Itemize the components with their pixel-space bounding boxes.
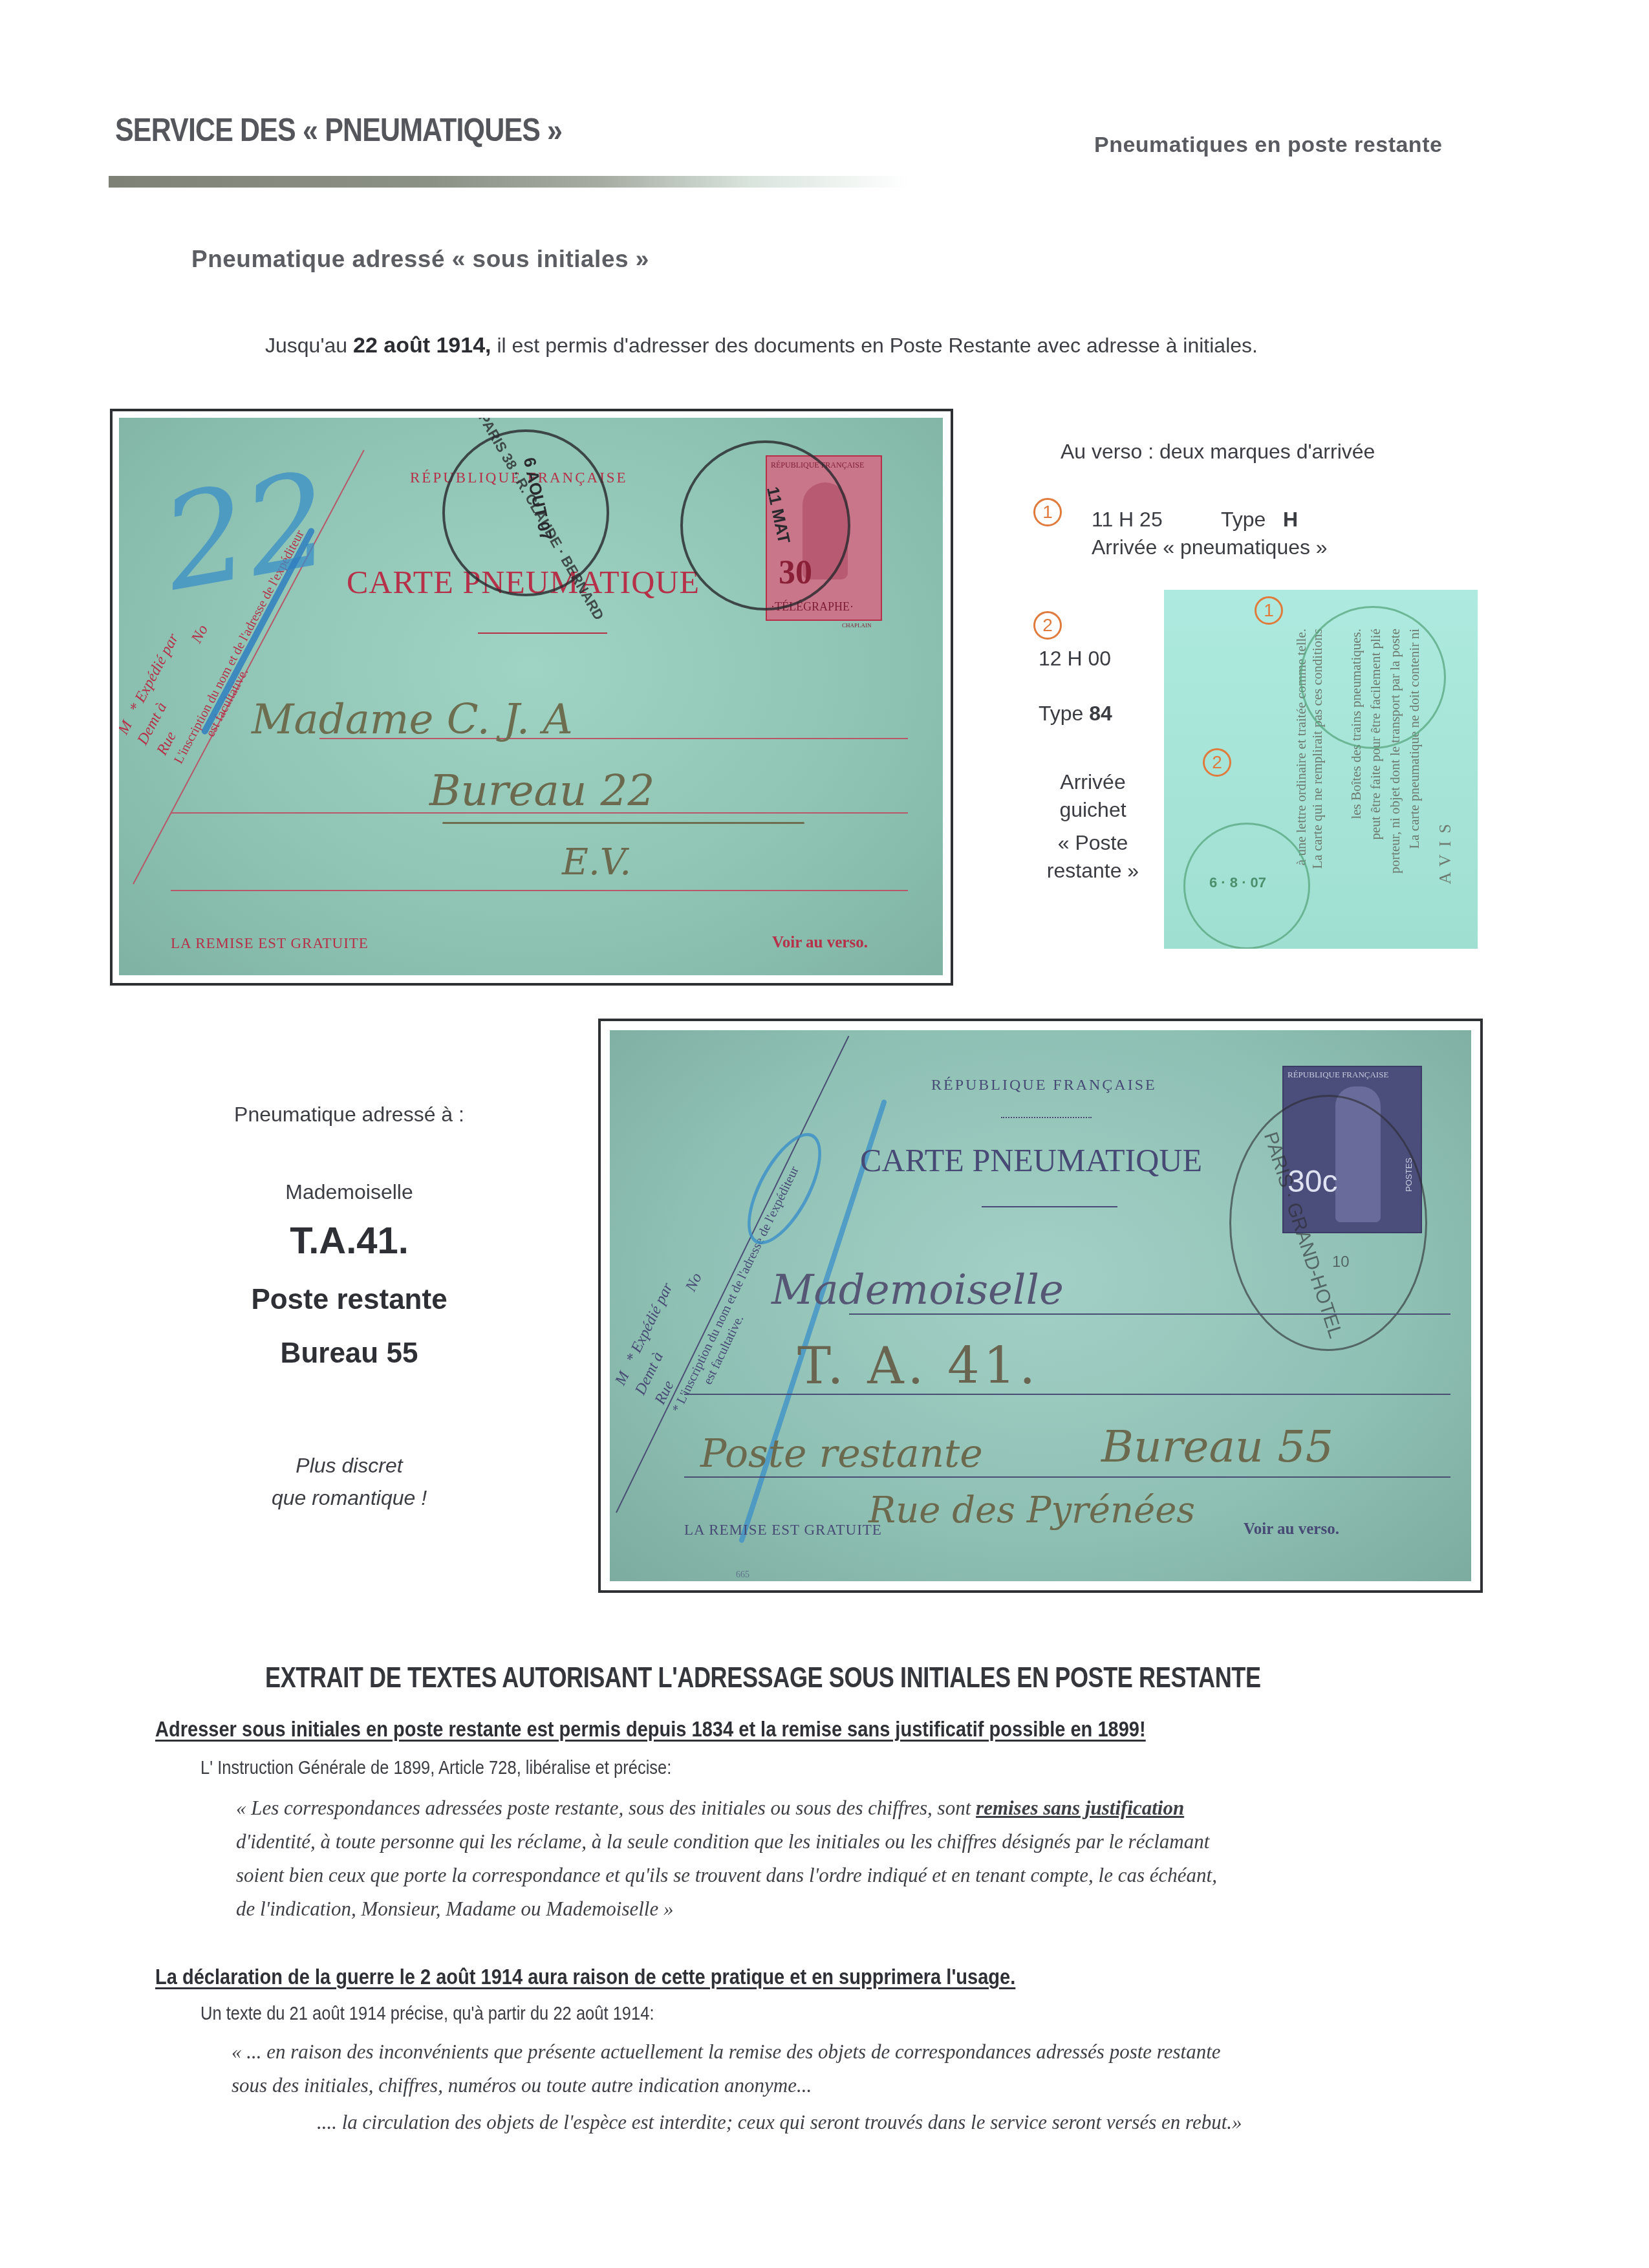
page-subtitle: Pneumatique adressé « sous initiales » (191, 246, 649, 273)
page-section-title: Pneumatiques en poste restante (1094, 133, 1442, 158)
verso-cancel-1 (1300, 606, 1446, 749)
page-header-title: SERVICE DES « PNEUMATIQUES » (115, 111, 562, 149)
intro-date: 22 août 1914, (353, 333, 491, 358)
strip-no: No (682, 1271, 706, 1295)
address-line-3 (171, 890, 908, 891)
extract-title: EXTRAIT DE TEXTES AUTORISANT L'ADRESSAGE… (265, 1662, 1261, 1694)
carte-pneumatique-title: CARTE PNEUMATIQUE (860, 1141, 1202, 1179)
title-wavy-rule (1001, 1114, 1092, 1118)
address-underline (442, 822, 804, 824)
mark-2-type-label: Type (1039, 702, 1083, 725)
postcard-2-frame: M * Expédié par Demt à No Rue * L'inscri… (598, 1019, 1483, 1593)
strip-m: M (612, 1369, 633, 1388)
footer-see-verso: Voir au verso. (772, 934, 868, 952)
section-1-quote-line-3: soient bien ceux que porte la correspond… (236, 1864, 1217, 1887)
mark-1-type: Type H (1221, 508, 1298, 532)
section-1-heading: Adresser sous initiales en poste restant… (155, 1717, 1146, 1742)
section-1-quote-line-4: de l'indication, Monsieur, Madame ou Mad… (236, 1897, 673, 1921)
postcard-2: M * Expédié par Demt à No Rue * L'inscri… (610, 1030, 1471, 1581)
card2-caption-title: Mademoiselle (162, 1180, 537, 1204)
address-handwritten-2: T. A. 41. (797, 1337, 1039, 1396)
mark-1-badge: 1 (1033, 498, 1062, 526)
card2-caption-bureau: Bureau 55 (162, 1337, 537, 1370)
footer-free-delivery: LA REMISE EST GRATUITE (171, 935, 369, 952)
mark-2-desc-line: Arrivée (1035, 768, 1151, 796)
mark-2-time: 12 H 00 (1039, 647, 1111, 671)
print-code: 665 (736, 1570, 749, 1581)
card2-caption-note-2: que romantique ! (162, 1486, 537, 1510)
address-handwritten-3b: Bureau 55 (1101, 1421, 1333, 1473)
address-handwritten-3a: Poste restante (700, 1431, 983, 1476)
address-handwritten-4: Rue des Pyrénées (868, 1489, 1195, 1531)
mark-2-desc-line: guichet (1035, 796, 1151, 824)
section-1-quote-line-2: d'identité, à toute personne qui les réc… (236, 1830, 1209, 1853)
republique-francaise-label: RÉPUBLIQUE FRANÇAISE (931, 1077, 1157, 1094)
section-1-quote-line-1: « Les correspondances adressées poste re… (236, 1797, 1184, 1820)
verso-avis: AVIS (1436, 816, 1455, 884)
mark-1-annotation: 1 (1033, 498, 1062, 526)
footer-see-verso: Voir au verso. (1244, 1520, 1339, 1539)
mark-2-type: Type 84 (1039, 702, 1112, 726)
section-2-quote-line-2: sous des initiales, chiffres, numéros ou… (232, 2074, 812, 2097)
verso-heading: Au verso : deux marques d'arrivée (1061, 440, 1375, 464)
cancel-mark-date: 10 (1332, 1253, 1350, 1271)
address-handwritten-1: Madame C. J. A (252, 696, 573, 744)
stamp-engraver: CHAPLAIN (842, 622, 872, 629)
address-handwritten-3: E.V. (562, 841, 631, 883)
section-1-lead: L' Instruction Générale de 1899, Article… (200, 1758, 671, 1779)
mark-2-desc-line: « Poste (1035, 829, 1151, 857)
card2-caption-note-1: Plus discret (162, 1454, 537, 1478)
mark-2-type-value: 84 (1089, 702, 1112, 725)
quote-emphasis: remises sans justification (976, 1797, 1184, 1819)
cancel-mark-1 (442, 429, 609, 596)
mark-2-desc-line: restante » (1035, 857, 1151, 885)
intro-prefix: Jusqu'au (265, 334, 353, 357)
verso-badge-2: 2 (1203, 748, 1231, 777)
mark-1-desc: Arrivée « pneumatiques » (1092, 535, 1328, 559)
verso-badge-1: 1 (1255, 596, 1283, 625)
section-2-quote-line-3: .... la circulation des objets de l'espè… (317, 2111, 1242, 2134)
title-rule (982, 1206, 1117, 1207)
section-2-quote-line-1: « ... en raison des inconvénients que pr… (232, 2040, 1221, 2064)
address-line-3 (684, 1476, 1450, 1478)
stamp-top-text: RÉPUBLIQUE FRANÇAISE (1288, 1070, 1388, 1080)
footer-free-delivery: LA REMISE EST GRATUITE (684, 1522, 882, 1539)
mark-1-type-value: H (1283, 508, 1298, 531)
mark-1-time: 11 H 25 (1092, 508, 1163, 532)
intro-text: Jusqu'au 22 août 1914, il est permis d'a… (265, 333, 1258, 358)
mark-2-annotation: 2 (1033, 611, 1062, 640)
card2-caption-poste-restante: Poste restante (162, 1284, 537, 1316)
mark-1-type-label: Type (1221, 508, 1266, 531)
mark-2-badge: 2 (1033, 611, 1062, 640)
verso-cancel-2-text: 6 · 8 · 07 (1209, 874, 1266, 891)
intro-suffix: il est permis d'adresser des documents e… (491, 334, 1258, 357)
address-handwritten-2: Bureau 22 (429, 766, 654, 815)
cancel-mark-2 (680, 440, 850, 610)
header-gradient-bar (109, 176, 911, 188)
verso-inset-image: AVIS La carte pneumatique ne doit conten… (1164, 590, 1478, 949)
card2-caption-initials: T.A.41. (162, 1219, 537, 1262)
title-rule (478, 632, 607, 634)
quote-text: « Les correspondances adressées poste re… (236, 1797, 976, 1819)
section-2-heading: La déclaration de la guerre le 2 août 19… (155, 1965, 1015, 1989)
address-handwritten-1: Mademoiselle (771, 1266, 1064, 1314)
card2-caption-intro: Pneumatique adressé à : (162, 1103, 537, 1127)
mark-2-desc: Arrivée guichet « Poste restante » (1035, 768, 1151, 885)
section-2-lead: Un texte du 21 août 1914 précise, qu'à p… (200, 2003, 654, 2025)
postcard-1: M * Expédié par Demt à No Rue L'inscript… (119, 418, 943, 975)
postcard-1-frame: M * Expédié par Demt à No Rue L'inscript… (110, 409, 953, 986)
